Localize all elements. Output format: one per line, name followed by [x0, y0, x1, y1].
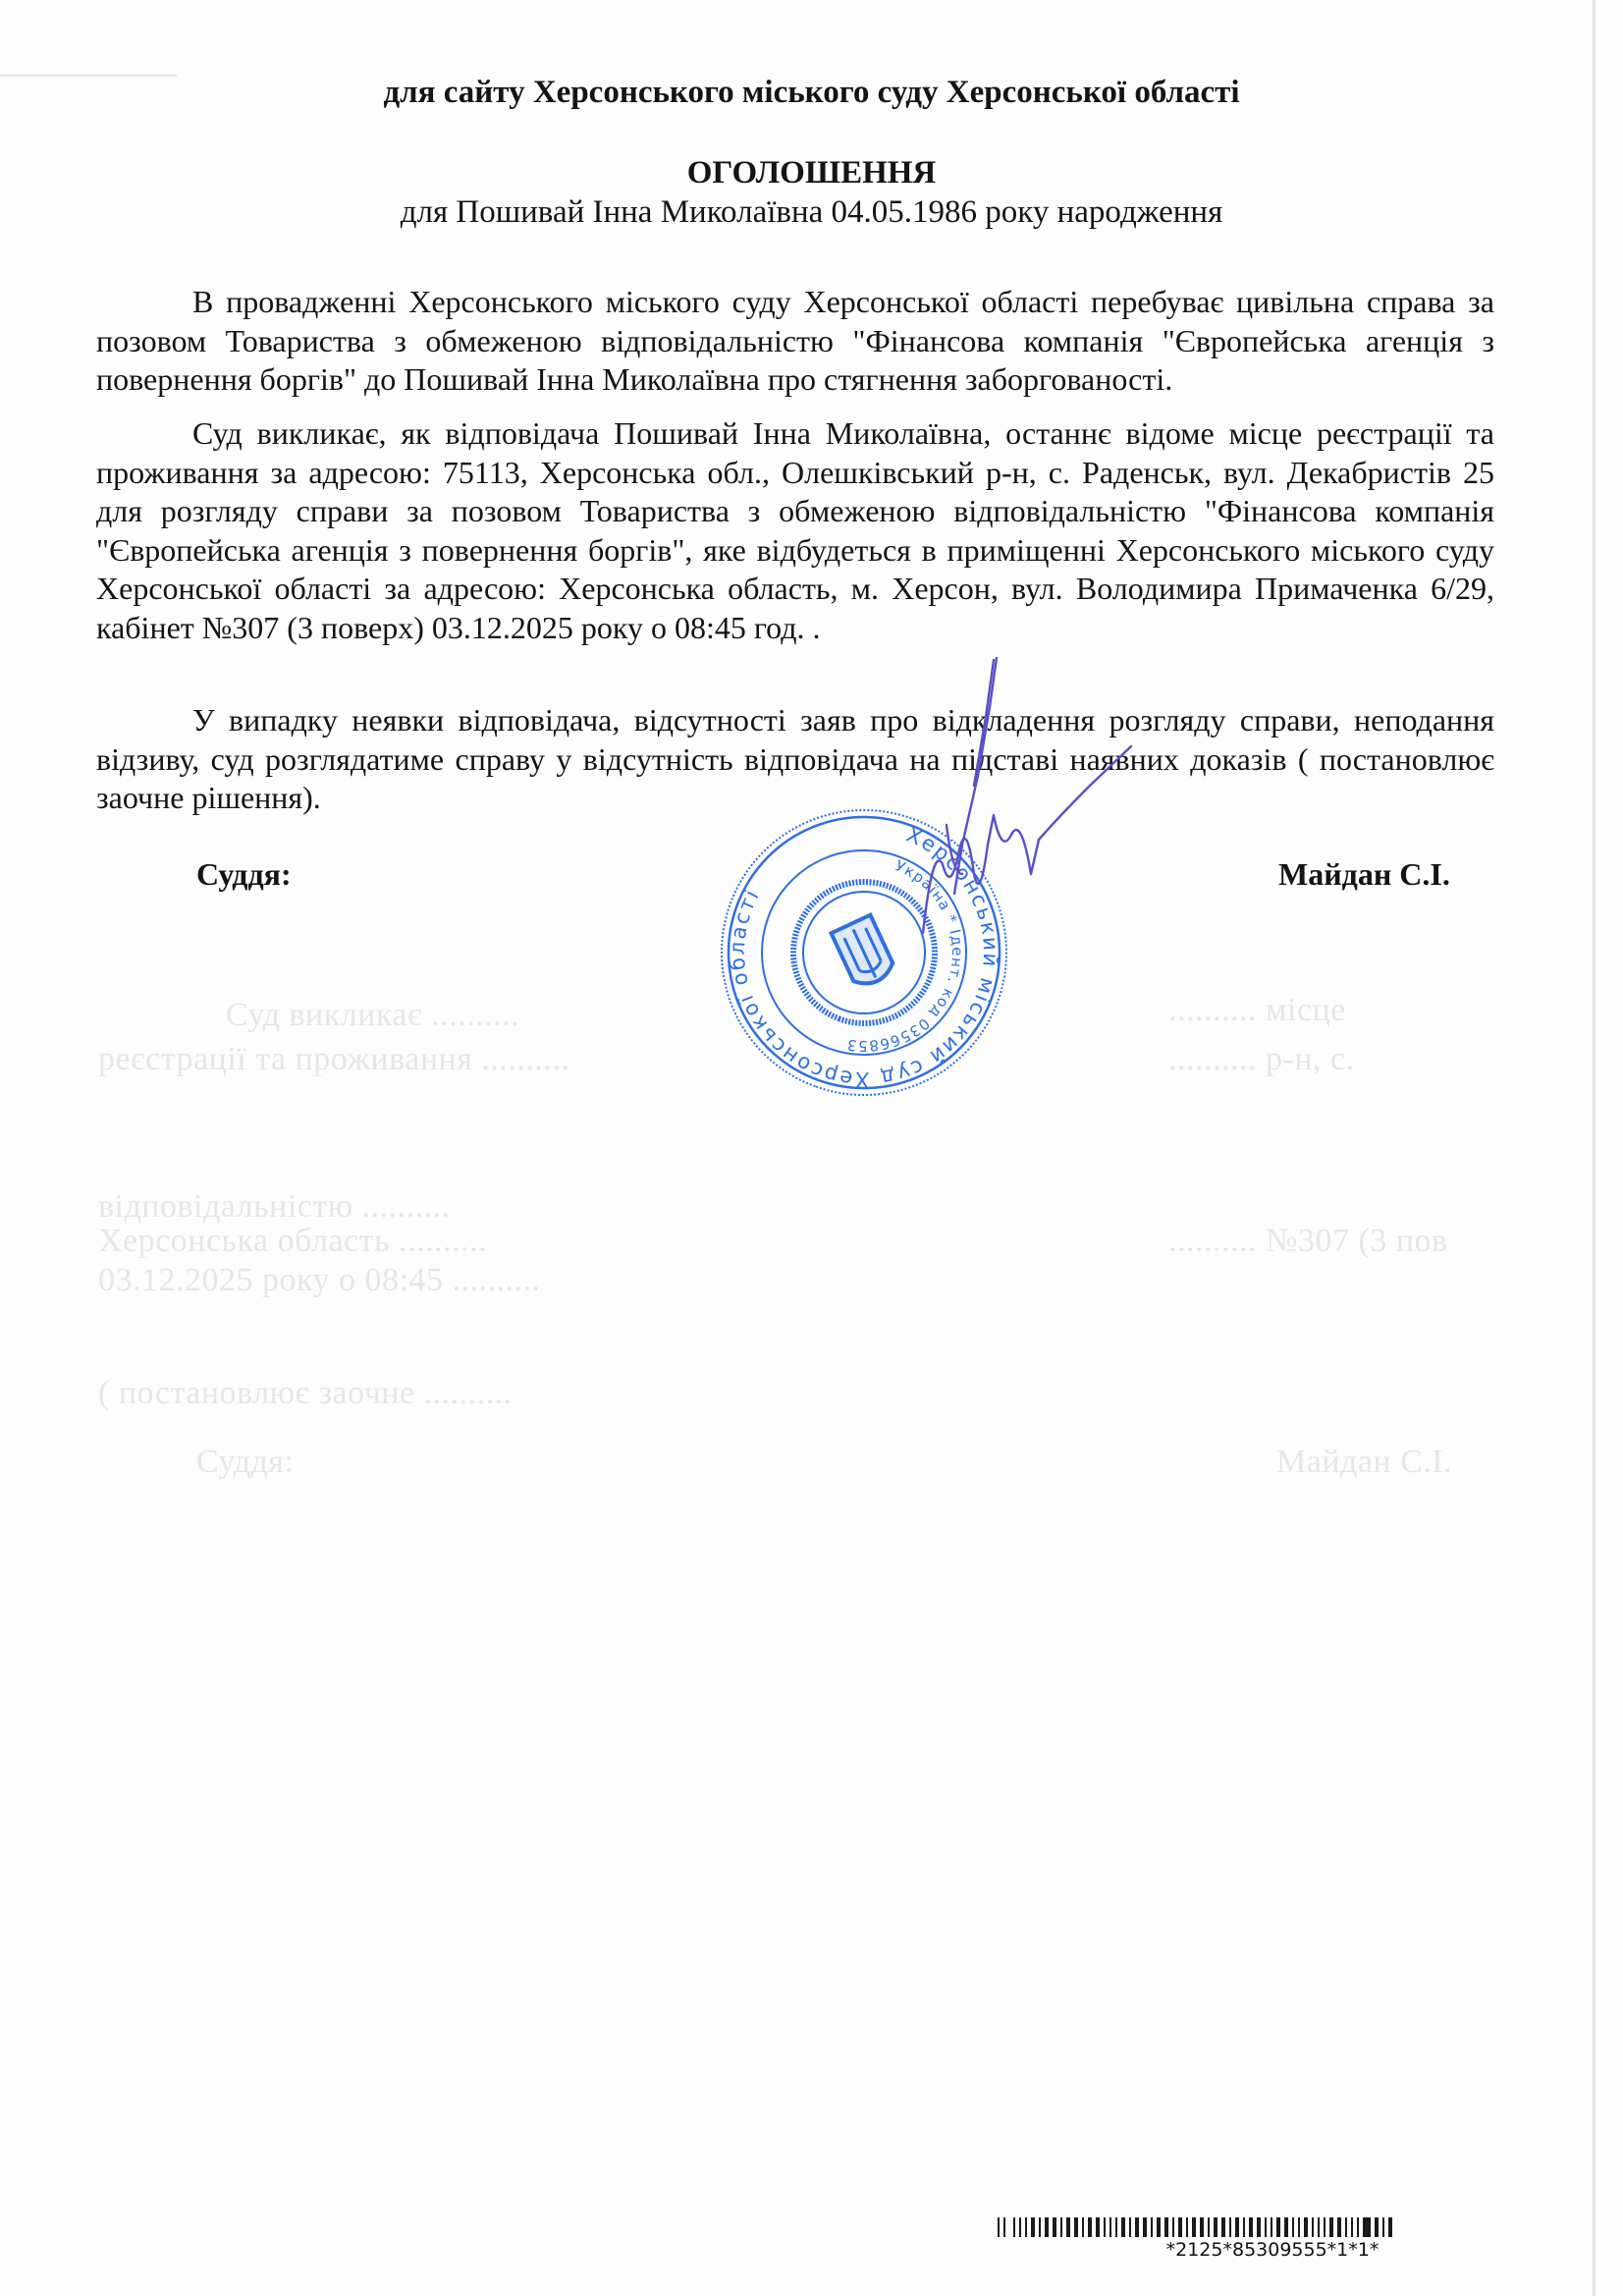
bleed-through-text: Суд викликає .......... [226, 997, 519, 1034]
document-barcode: *2125*85309555*1*1* [998, 2217, 1508, 2261]
judge-name: Майдан С.І. [1278, 856, 1450, 893]
bleed-through-text: відповідальністю .......... [98, 1188, 451, 1226]
document-subtitle: для Пошивай Інна Миколаївна 04.05.1986 р… [0, 194, 1623, 231]
document-header: для сайту Херсонського міського суду Хер… [0, 75, 1623, 111]
paragraph-text: Суд викликає, як відповідача Пошивай Інн… [96, 414, 1494, 647]
bleed-through-text: 03.12.2025 року о 08:45 .......... [98, 1262, 540, 1299]
bleed-through-text: .......... р-н, с. [1168, 1041, 1355, 1078]
paragraph-text: В провадженні Херсонського міського суду… [96, 283, 1494, 400]
paragraph-summons: Суд викликає, як відповідача Пошивай Інн… [96, 414, 1494, 647]
document-title: ОГОЛОШЕННЯ [0, 155, 1623, 191]
bleed-through-text: Суддя: [196, 1444, 294, 1481]
bleed-through-text: .......... місце [1168, 992, 1346, 1029]
bleed-through-text: Майдан С.І. [1276, 1444, 1452, 1481]
bleed-through-text: .......... №307 (3 пов [1168, 1223, 1448, 1260]
scanned-document-page: Суд викликає .......... реєстрації та пр… [0, 0, 1623, 2296]
barcode-number: *2125*85309555*1*1* [998, 2239, 1508, 2261]
handwritten-signature-icon [864, 648, 1139, 943]
judge-role-label: Суддя: [196, 856, 292, 893]
bleed-through-text: ( постановлює заочне .......... [98, 1375, 513, 1412]
scan-edge-shadow [1593, 0, 1596, 2296]
bleed-through-text: реєстрації та проживання .......... [98, 1041, 569, 1078]
paragraph-text: У випадку неявки відповідача, відсутност… [96, 701, 1494, 818]
bleed-through-text: Херсонська область .......... [98, 1223, 487, 1260]
barcode-bars-icon [998, 2217, 1508, 2237]
paragraph-case-info: В провадженні Херсонського міського суду… [96, 283, 1494, 400]
paragraph-default-judgment: У випадку неявки відповідача, відсутност… [96, 701, 1494, 818]
